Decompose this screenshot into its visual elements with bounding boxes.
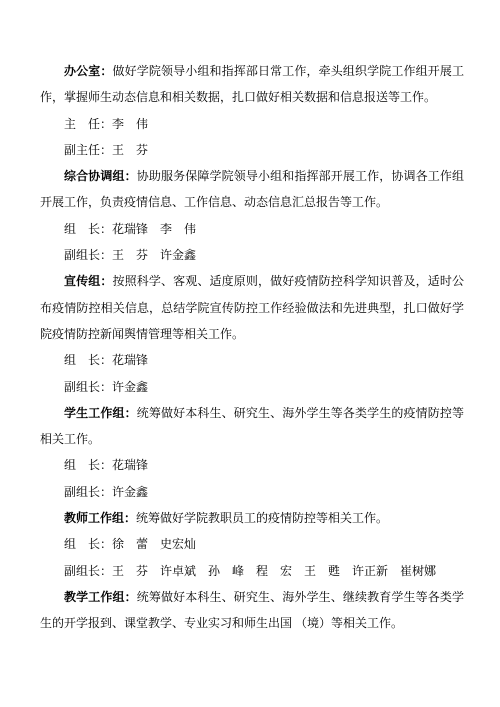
role-label: 组 长： xyxy=(64,353,112,367)
coordination-leader-line: 组 长：花瑞锋 李 伟 xyxy=(40,216,464,242)
role-names: 王 芬 xyxy=(112,143,148,157)
role-label: 副组长： xyxy=(64,485,112,499)
office-director-line: 主 任：李 伟 xyxy=(40,111,464,137)
office-deputy-director-line: 副主任：王 芬 xyxy=(40,137,464,163)
role-names: 花瑞锋 xyxy=(112,353,148,367)
role-label: 副组长： xyxy=(64,248,112,262)
section-teaching-paragraph: 教学工作组：统筹做好本科生、研究生、海外学生、继续教育学生等各类学生的开学报到、… xyxy=(40,584,464,637)
section-office-title: 办公室： xyxy=(64,64,113,78)
student-leader-line: 组 长：花瑞锋 xyxy=(40,452,464,478)
section-student-title: 学生工作组： xyxy=(64,406,137,420)
section-teacher-title: 教师工作组： xyxy=(64,511,136,525)
section-student-paragraph: 学生工作组：统筹做好本科生、研究生、海外学生等各类学生的疫情防控等相关工作。 xyxy=(40,400,464,453)
role-names: 花瑞锋 李 伟 xyxy=(112,222,196,236)
role-names: 李 伟 xyxy=(112,117,148,131)
section-teacher-paragraph: 教师工作组：统筹做好学院教职员工的疫情防控等相关工作。 xyxy=(40,505,464,531)
role-label: 主 任： xyxy=(64,117,112,131)
document-page: 办公室：做好学院领导小组和指挥部日常工作，牵头组织学院工作组开展工作，掌握师生动… xyxy=(0,0,500,707)
role-names: 花瑞锋 xyxy=(112,458,148,472)
publicity-leader-line: 组 长：花瑞锋 xyxy=(40,347,464,373)
role-label: 组 长： xyxy=(64,222,112,236)
section-teacher-description: 统筹做好学院教职员工的疫情防控等相关工作。 xyxy=(136,511,388,525)
role-label: 副主任： xyxy=(64,143,112,157)
section-publicity-paragraph: 宣传组：按照科学、客观、适度原则，做好疫情防控科学知识普及，适时公布疫情防控相关… xyxy=(40,268,464,347)
student-deputy-leader-line: 副组长：许金鑫 xyxy=(40,479,464,505)
role-label: 副组长： xyxy=(64,380,112,394)
section-office-paragraph: 办公室：做好学院领导小组和指挥部日常工作，牵头组织学院工作组开展工作，掌握师生动… xyxy=(40,58,464,111)
role-label: 副组长： xyxy=(64,564,112,578)
section-teaching-title: 教学工作组： xyxy=(64,590,137,604)
role-names: 徐 蕾 史宏灿 xyxy=(112,537,196,551)
role-names: 许金鑫 xyxy=(112,380,148,394)
role-names: 王 芬 许金鑫 xyxy=(112,248,196,262)
section-publicity-title: 宣传组： xyxy=(64,274,113,288)
role-label: 组 长： xyxy=(64,537,112,551)
teacher-leader-line: 组 长：徐 蕾 史宏灿 xyxy=(40,531,464,557)
teacher-deputy-leader-line: 副组长：王 芬 许卓斌 孙 峰 程 宏 王 甦 许正新 崔树娜 xyxy=(40,558,464,584)
coordination-deputy-leader-line: 副组长：王 芬 许金鑫 xyxy=(40,242,464,268)
publicity-deputy-leader-line: 副组长：许金鑫 xyxy=(40,374,464,400)
role-names: 王 芬 许卓斌 孙 峰 程 宏 王 甦 许正新 崔树娜 xyxy=(112,564,436,578)
role-names: 许金鑫 xyxy=(112,485,148,499)
section-coordination-title: 综合协调组： xyxy=(64,169,137,183)
role-label: 组 长： xyxy=(64,458,112,472)
section-coordination-paragraph: 综合协调组：协助服务保障学院领导小组和指挥部开展工作，协调各工作组开展工作，负责… xyxy=(40,163,464,216)
